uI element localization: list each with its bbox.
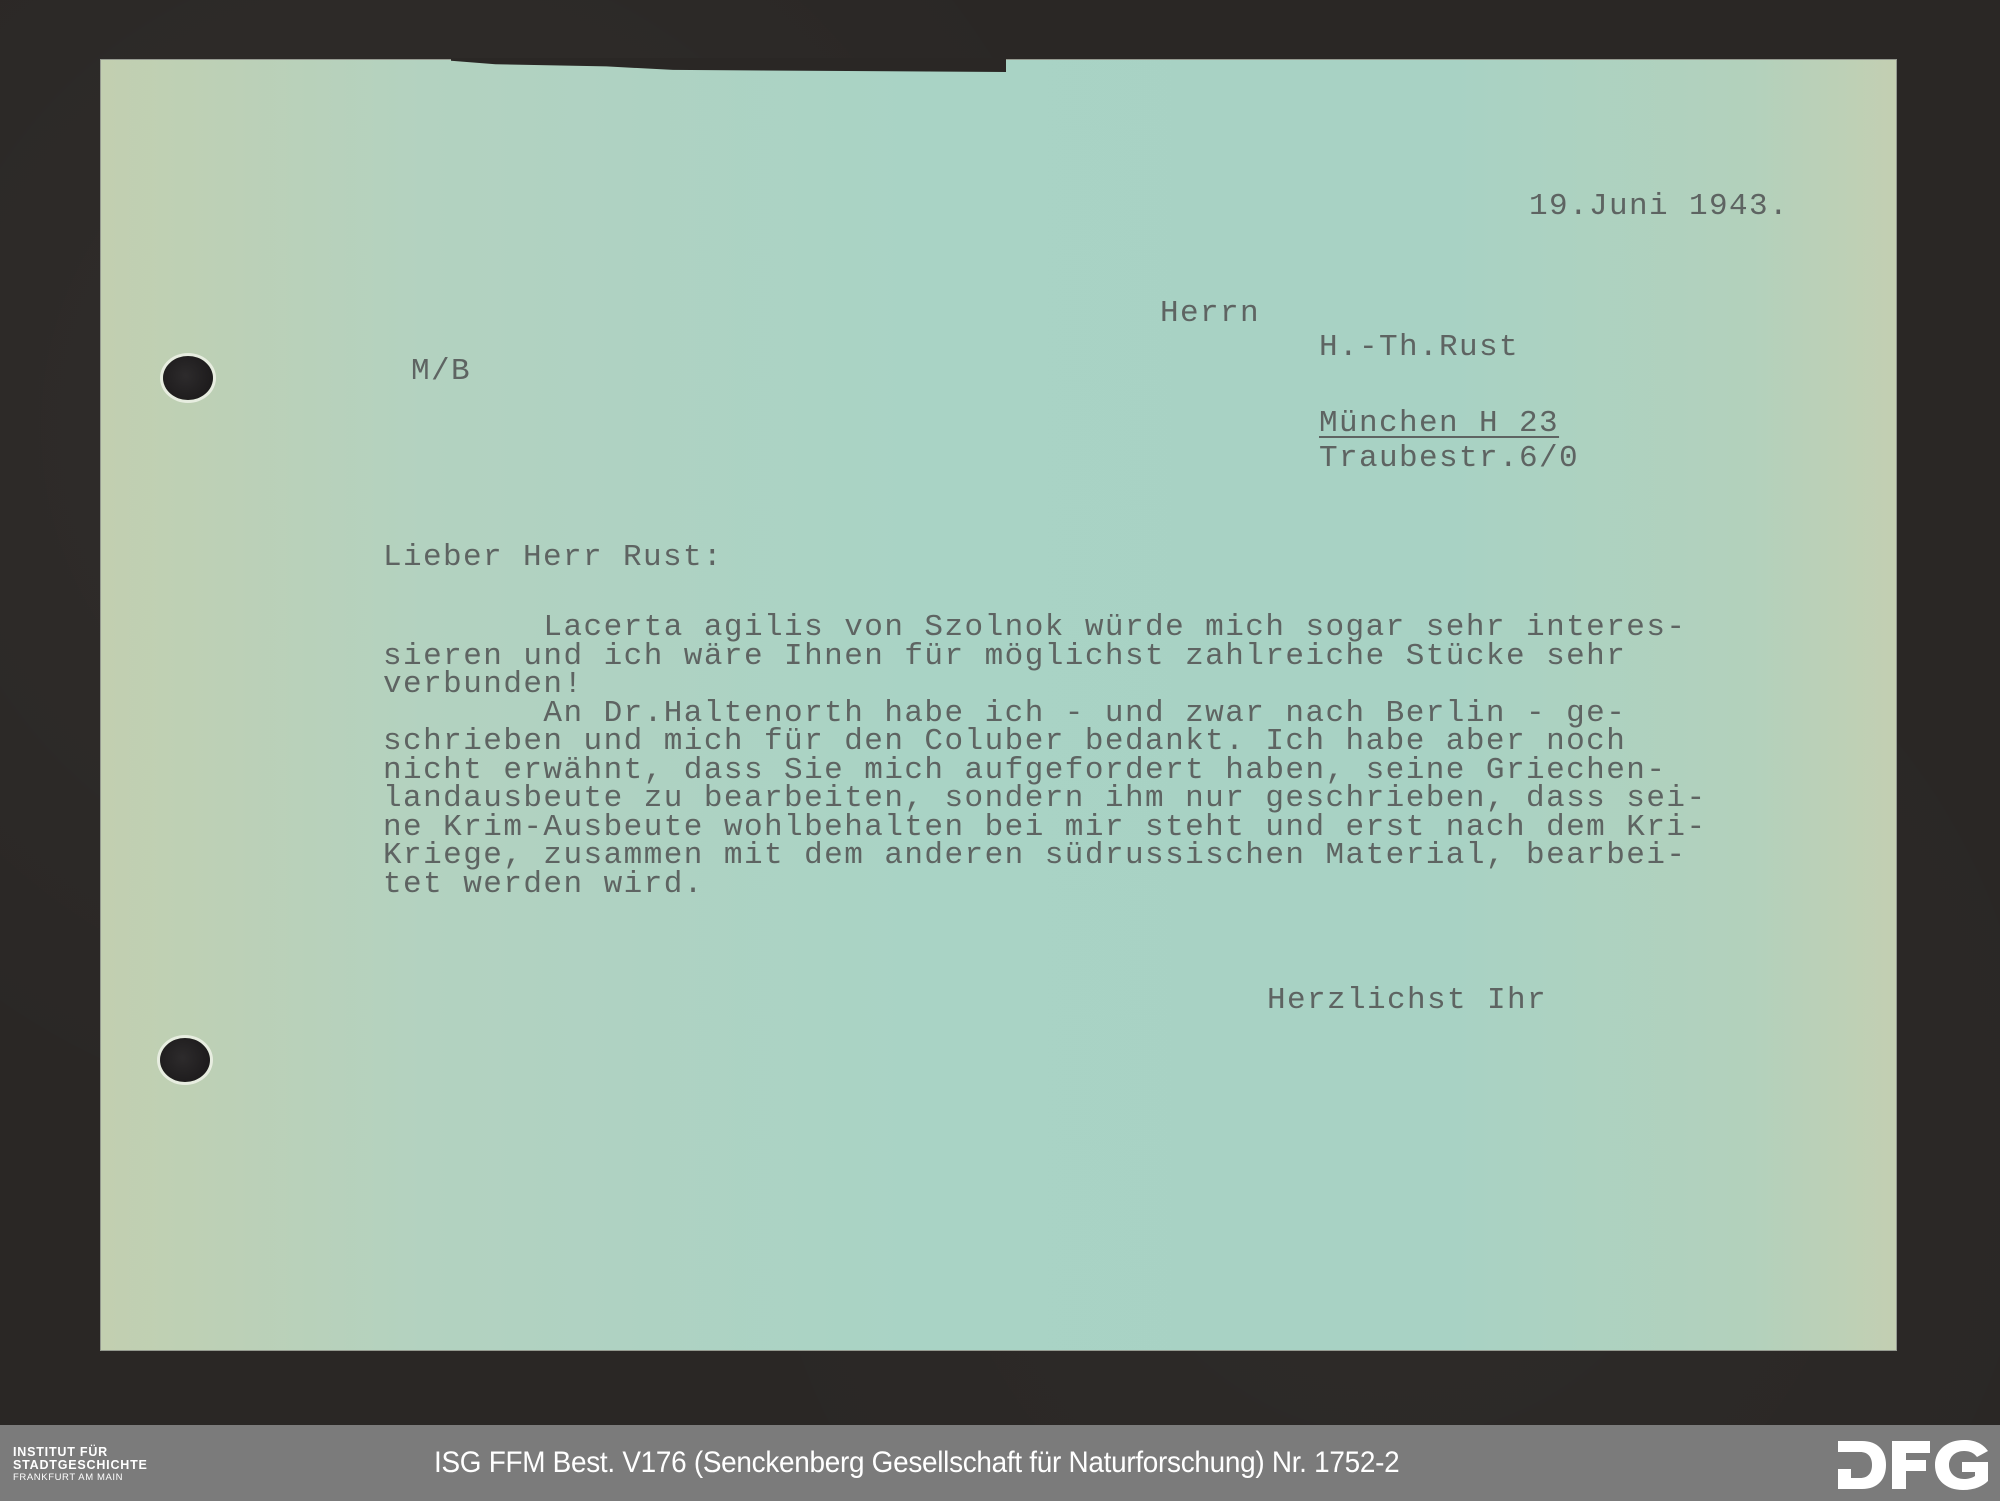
institution-location: FRANKFURT AM MAIN: [13, 1473, 148, 1483]
dfg-logo-icon: [1838, 1439, 1988, 1496]
body-line: tet werden wird.: [383, 871, 1707, 900]
punch-hole-top: [163, 356, 213, 400]
letter-body: Lacerta agilis von Szolnok würde mich so…: [383, 614, 1707, 899]
archive-citation: ISG FFM Best. V176 (Senckenberg Gesellsc…: [434, 1446, 1399, 1480]
torn-edge: [451, 58, 1006, 72]
letter-closing: Herzlichst Ihr: [1267, 985, 1547, 1016]
letter-greeting: Lieber Herr Rust:: [383, 542, 723, 573]
archive-footer-bar: INSTITUT FÜR STADTGESCHICHTE FRANKFURT A…: [0, 1425, 2000, 1501]
punch-hole-bottom: [160, 1038, 210, 1082]
institution-name-line1: INSTITUT FÜR: [13, 1446, 148, 1459]
recipient-salutation: Herrn: [1160, 298, 1260, 329]
letter-date: 19.Juni 1943.: [1529, 191, 1789, 222]
letter-sheet: 19.Juni 1943. Herrn M/B H.-Th.Rust Münch…: [101, 60, 1896, 1350]
institution-name-line2: STADTGESCHICHTE: [13, 1459, 148, 1472]
recipient-street: Traubestr.6/0: [1319, 443, 1579, 474]
recipient-name: H.-Th.Rust: [1319, 332, 1519, 363]
recipient-city: München H 23: [1319, 408, 1559, 439]
reference-code: M/B: [411, 356, 471, 387]
institution-logo: INSTITUT FÜR STADTGESCHICHTE FRANKFURT A…: [13, 1446, 148, 1483]
